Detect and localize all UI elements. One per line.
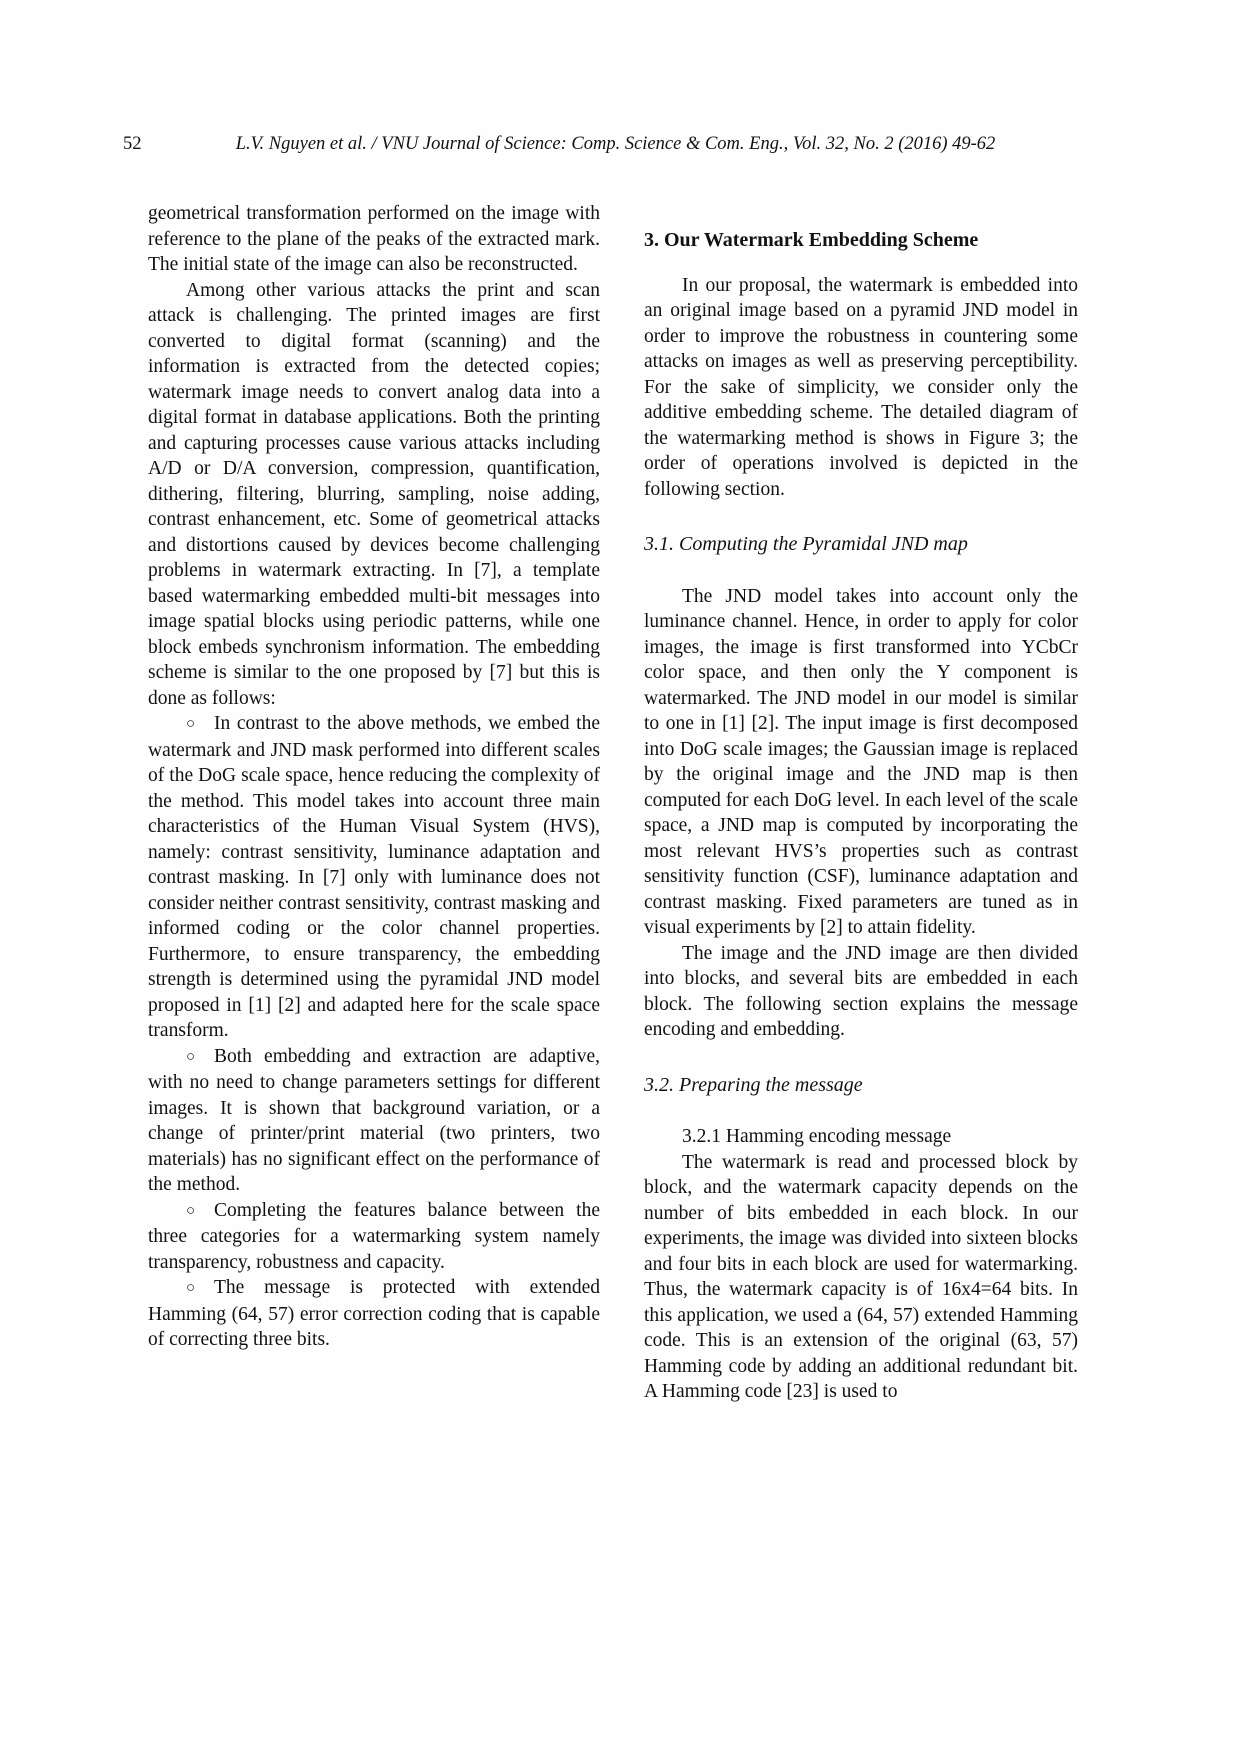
left-column: geometrical transformation performed on …: [148, 201, 600, 1405]
running-head: 52 L.V. Nguyen et al. / VNU Journal of S…: [123, 133, 1078, 155]
paragraph: geometrical transformation performed on …: [148, 201, 600, 278]
bullet-text: Completing the features balance between …: [148, 1200, 600, 1273]
section-heading: 3. Our Watermark Embedding Scheme: [644, 228, 1078, 254]
subsection-heading-3-1: 3.1. Computing the Pyramidal JND map: [644, 532, 1078, 558]
bullet-item: ○Completing the features balance between…: [148, 1198, 600, 1276]
two-column-body: geometrical transformation performed on …: [148, 201, 1078, 1405]
page-number: 52: [123, 133, 142, 155]
circle-bullet-icon: ○: [186, 1276, 202, 1302]
running-title: L.V. Nguyen et al. / VNU Journal of Scie…: [123, 133, 1078, 155]
bullet-item: ○In contrast to the above methods, we em…: [148, 711, 600, 1044]
bullet-item: ○The message is protected with extended …: [148, 1275, 600, 1353]
bullet-text: Both embedding and extraction are adapti…: [148, 1046, 600, 1196]
bullet-item: ○Both embedding and extraction are adapt…: [148, 1044, 600, 1198]
paragraph: Among other various attacks the print an…: [148, 278, 600, 712]
right-column: 3. Our Watermark Embedding Scheme In our…: [644, 201, 1078, 1405]
paragraph: The watermark is read and processed bloc…: [644, 1150, 1078, 1405]
paragraph: The JND model takes into account only th…: [644, 584, 1078, 941]
bullet-text: The message is protected with extended H…: [148, 1277, 600, 1350]
paragraph: In our proposal, the watermark is embedd…: [644, 273, 1078, 503]
circle-bullet-icon: ○: [186, 712, 202, 738]
bullet-text: In contrast to the above methods, we emb…: [148, 713, 600, 1041]
subsection-heading-3-2: 3.2. Preparing the message: [644, 1073, 1078, 1099]
paragraph: The image and the JND image are then div…: [644, 941, 1078, 1043]
circle-bullet-icon: ○: [186, 1199, 202, 1225]
paper-page: 52 L.V. Nguyen et al. / VNU Journal of S…: [0, 0, 1239, 1754]
sub-subsection-heading-3-2-1: 3.2.1 Hamming encoding message: [644, 1124, 1078, 1150]
circle-bullet-icon: ○: [186, 1045, 202, 1071]
